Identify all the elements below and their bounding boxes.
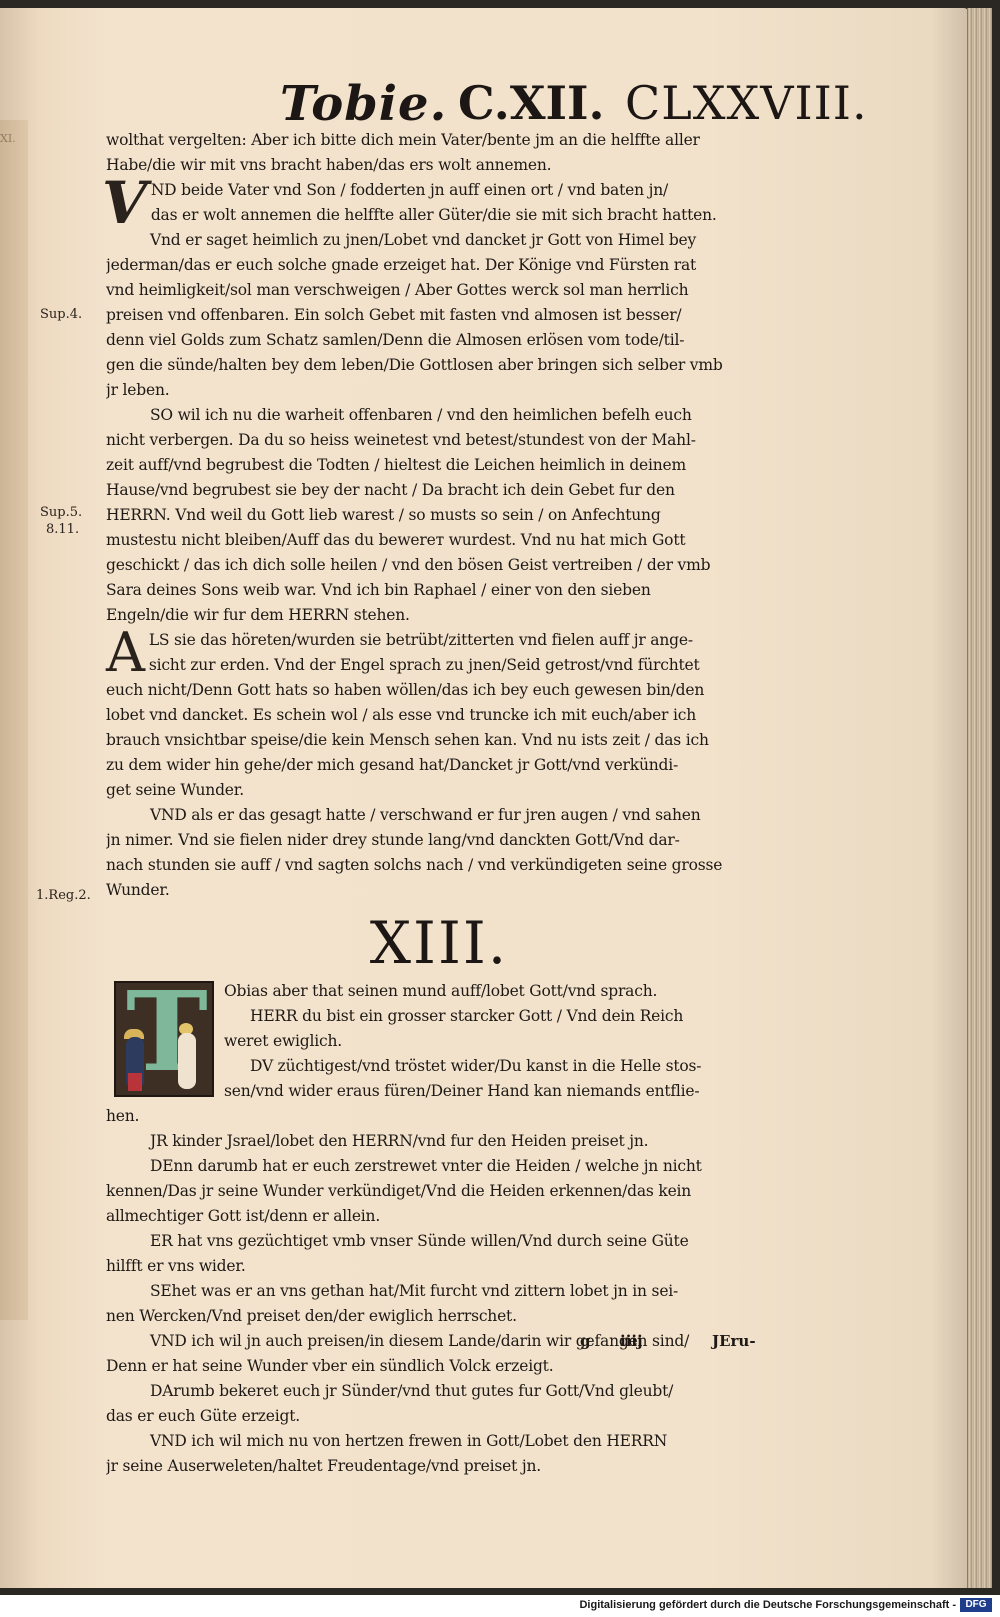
paragraph-1: wolthat vergelten: Aber ich bitte dich m… — [106, 128, 772, 178]
verse-7: VND ich wil mich nu von hertzen frewen i… — [106, 1429, 772, 1479]
paragraph-4: SO wil ich nu die warheit offenbaren / v… — [106, 403, 772, 628]
verse-3: ER hat vns gezüchtiget vmb vnser Sünde w… — [106, 1229, 772, 1279]
chapter-heading-13: XIII. — [106, 913, 772, 973]
woodcut-initial-t: T — [114, 981, 214, 1097]
running-header: Tobie. C.XII. CLXXVIII. — [280, 76, 900, 136]
main-text: wolthat vergelten: Aber ich bitte dich m… — [106, 128, 772, 1479]
paragraph-3: Vnd er saget heimlich zu jnen/Lobet vnd … — [106, 228, 772, 403]
margin-note-8-11: 8.11. — [46, 522, 79, 537]
margin-note-sup5: Sup.5. — [40, 505, 82, 520]
book-title: Tobie. — [280, 76, 447, 132]
signature-line: g iiij JEru- — [560, 1332, 780, 1356]
funding-credit: Digitalisierung gefördert durch die Deut… — [579, 1599, 956, 1611]
margin-note-sup4: Sup.4. — [40, 307, 82, 322]
figure-man-legs — [128, 1073, 142, 1091]
chapter-number: C.XII. — [458, 76, 605, 130]
verse-6: DArumb bekeret euch jr Sünder/vnd thut g… — [106, 1379, 772, 1429]
chapter-13-intro: T Obias aber that seinen mund auff/lobet… — [106, 979, 772, 1129]
verse-4: SEhet was er an vns gethan hat/Mit furch… — [106, 1279, 772, 1329]
paragraph-2: V ND beide Vater vnd Son / fodderten jn … — [106, 178, 772, 228]
catchword: JEru- — [712, 1332, 756, 1350]
figure-angel — [178, 1033, 196, 1089]
signature-mark: g — [580, 1332, 591, 1350]
previous-page-edge — [0, 120, 28, 1320]
paragraph-6: VND als er das gesagt hatte / verschwand… — [106, 803, 772, 903]
page-edges — [967, 8, 992, 1588]
initial-letter-a: A — [106, 630, 145, 676]
digitization-footer: Digitalisierung gefördert durch die Deut… — [0, 1595, 1000, 1617]
quire-number: iiij — [620, 1332, 643, 1350]
margin-note-1reg2: 1.Reg.2. — [36, 888, 91, 903]
folio-number: CLXXVIII. — [625, 76, 868, 130]
dfg-logo-icon: DFG — [960, 1598, 992, 1612]
verse-1: JR kinder Jsrael/lobet den HERRN/vnd fur… — [106, 1129, 772, 1154]
verse-2: DEnn darumb hat er euch zerstrewet vnter… — [106, 1154, 772, 1229]
previous-page-chapter-fragment: XI. — [0, 130, 26, 148]
decorated-initial: V — [102, 178, 147, 228]
paragraph-5: A LS sie das höreten/wurden sie betrübt/… — [106, 628, 772, 803]
